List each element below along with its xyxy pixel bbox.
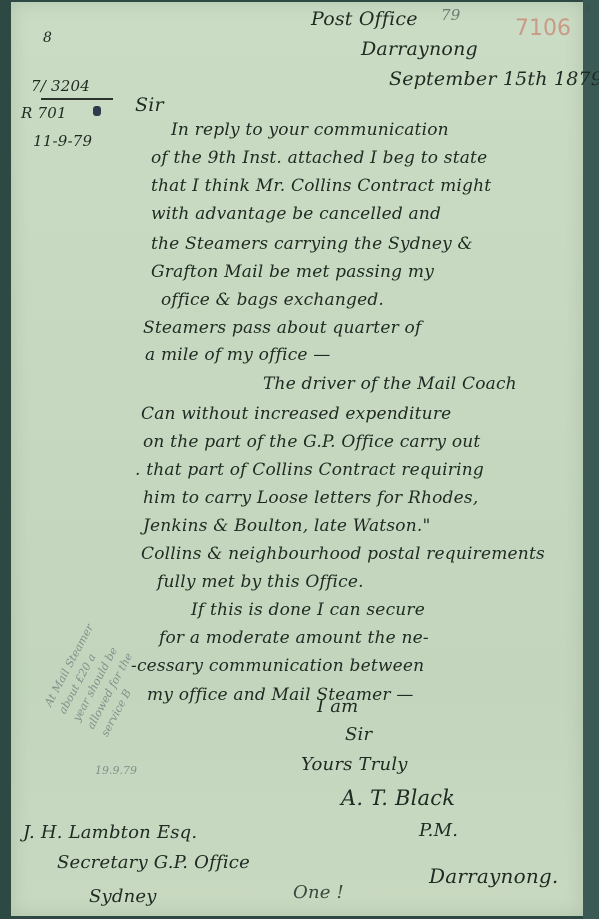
header-place: Post Office xyxy=(311,8,418,30)
signature-title: P.M. xyxy=(419,820,458,841)
body-line-10: The driver of the Mail Coach xyxy=(263,374,517,394)
margin-ref-divider xyxy=(41,98,113,100)
margin-top-mark: 8 xyxy=(43,30,52,46)
pencil-date: 19.9.79 xyxy=(95,764,137,777)
salutation: Sir xyxy=(135,94,164,116)
body-line-20: -cessary communication between xyxy=(131,656,424,676)
body-line-13: . that part of Collins Contract requirin… xyxy=(135,460,484,480)
margin-ref-sub: R 701 xyxy=(21,104,67,122)
body-line-11: Can without increased expenditure xyxy=(141,404,451,424)
signature-place: Darraynong. xyxy=(429,864,558,888)
body-line-21: my office and Mail Steamer — xyxy=(147,685,414,705)
body-line-9: a mile of my office — xyxy=(145,345,331,365)
body-line-5: the Steamers carrying the Sydney & xyxy=(151,234,473,254)
body-line-4: with advantage be cancelled and xyxy=(151,204,441,224)
body-line-15: Jenkins & Boulton, late Watson." xyxy=(143,516,430,536)
body-line-3: that I think Mr. Collins Contract might xyxy=(151,176,491,196)
body-line-16: Collins & neighbourhood postal requireme… xyxy=(141,544,545,564)
signature: A. T. Black xyxy=(341,786,455,810)
body-line-12: on the part of the G.P. Office carry out xyxy=(143,432,480,452)
pencil-annotation: At Mail Steamer about £20 a year should … xyxy=(41,621,154,739)
body-line-6: Grafton Mail be met passing my xyxy=(151,262,434,282)
scan-right-edge xyxy=(583,0,599,919)
body-line-14: him to carry Loose letters for Rhodes, xyxy=(143,488,478,508)
letter-page: 9 8 7/ 3204 R 701 11-9-79 Post Office 79… xyxy=(11,2,583,916)
body-line-18: If this is done I can secure xyxy=(191,600,425,620)
header-office-number: 79 xyxy=(441,6,461,24)
red-register-number: 7106 xyxy=(515,16,571,41)
page-number: 9 xyxy=(585,4,591,14)
margin-ref-date: 11-9-79 xyxy=(33,132,92,150)
body-line-7: office & bags exchanged. xyxy=(161,290,384,310)
body-line-19: for a moderate amount the ne- xyxy=(159,628,429,648)
body-line-8: Steamers pass about quarter of xyxy=(143,318,421,338)
body-line-17: fully met by this Office. xyxy=(157,572,364,592)
closing-sir: Sir xyxy=(345,724,372,745)
margin-ref-number: 7/ 3204 xyxy=(31,77,90,95)
footer-mark: One ! xyxy=(293,882,344,903)
body-line-2: of the 9th Inst. attached I beg to state xyxy=(151,148,487,168)
addressee-role: Secretary G.P. Office xyxy=(57,852,250,873)
closing-i-am: I am xyxy=(317,696,358,717)
addressee-city: Sydney xyxy=(89,886,157,907)
addressee-name: J. H. Lambton Esq. xyxy=(23,822,197,843)
body-line-1: In reply to your communication xyxy=(171,120,449,140)
ink-blot xyxy=(93,106,101,116)
closing-yours-truly: Yours Truly xyxy=(301,754,408,775)
header-town: Darraynong xyxy=(361,38,478,60)
header-date: September 15th 1879. xyxy=(389,68,599,90)
